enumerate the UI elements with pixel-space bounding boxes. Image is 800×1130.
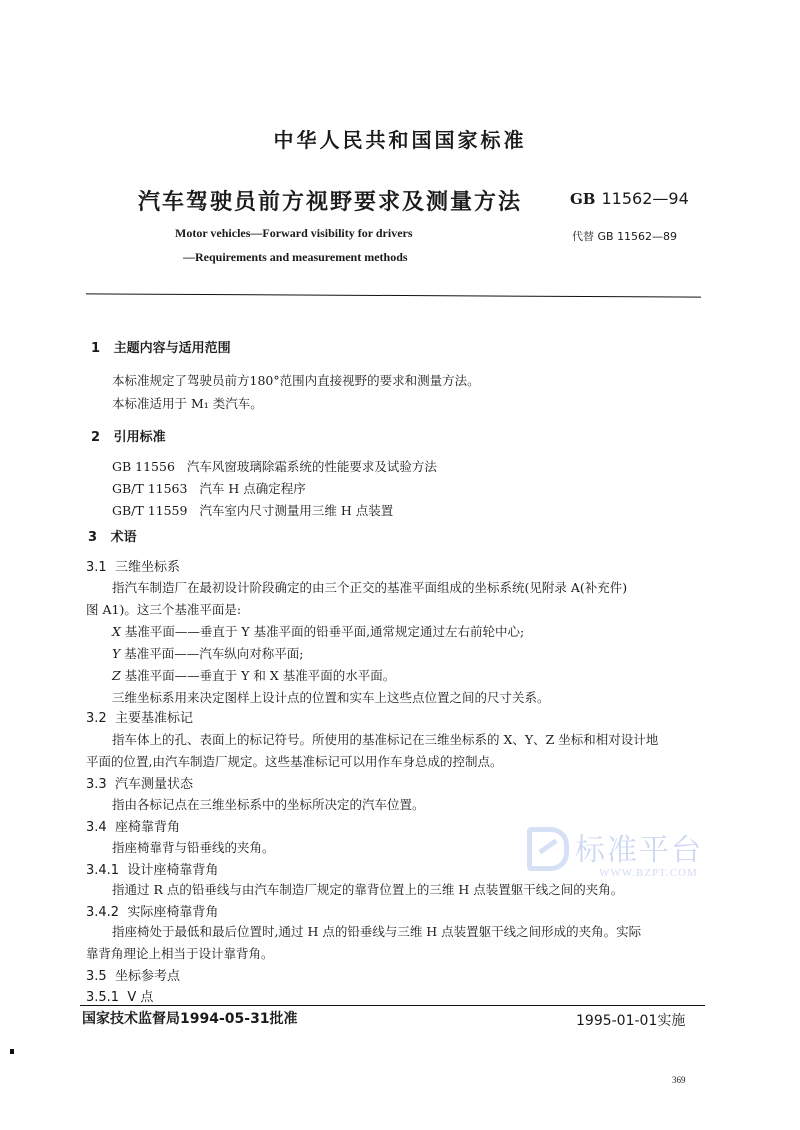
term-3-3-heading: 3.3 汽车测量状态	[86, 773, 193, 792]
term-3-5-1-heading: 3.5.1 V 点	[86, 986, 153, 1005]
term-title: 坐标参考点	[115, 969, 180, 984]
x-plane-definition: X 基准平面——垂直于 Y 基准平面的铅垂平面,通常规定通过左右前轮中心;	[112, 622, 524, 640]
term-3-3-para: 指由各标记点在三维坐标系中的坐标所决定的汽车位置。	[112, 795, 425, 813]
term-3-2-heading: 3.2 主要基准标记	[86, 707, 193, 726]
watermark-logo-icon	[527, 827, 569, 871]
section-3-heading: 3 术语	[88, 526, 137, 545]
document-title-cn: 汽车驾驶员前方视野要求及测量方法	[138, 185, 522, 216]
term-3-5-heading: 3.5 坐标参考点	[86, 965, 180, 984]
approval-date: 国家技术监督局1994-05-31批准	[82, 1008, 298, 1028]
variable-z: Z	[112, 668, 121, 683]
term-3-4-2-para-line-1: 指座椅处于最低和最后位置时,通过 H 点的铅垂线与三维 H 点装置躯干线之间形成…	[112, 922, 641, 940]
document-title-en-line1: Motor vehicles—Forward visibility for dr…	[175, 226, 413, 241]
term-3-4-1-heading: 3.4.1 设计座椅靠背角	[86, 859, 218, 878]
section-1-heading: 1 主题内容与适用范围	[91, 337, 231, 356]
term-title: 实际座椅靠背角	[127, 905, 218, 920]
section-number: 2	[91, 430, 100, 445]
effective-date: 1995-01-01实施	[576, 1010, 685, 1030]
term-number: 3.5.1	[86, 990, 119, 1005]
scan-speck	[10, 1049, 14, 1054]
term-title: V 点	[127, 990, 153, 1005]
section-title: 引用标准	[114, 430, 166, 445]
term-3-4-2-heading: 3.4.2 实际座椅靠背角	[86, 901, 218, 920]
term-number: 3.1	[86, 560, 107, 575]
definition-text: 基准平面——汽车纵向对称平面;	[120, 646, 303, 661]
standard-code: GB11562—94	[570, 189, 689, 208]
term-number: 3.4.2	[86, 905, 119, 920]
reference-code: GB/T 11563	[112, 481, 187, 496]
section-1-line-2: 本标准适用于 M₁ 类汽车。	[112, 394, 263, 412]
term-number: 3.4	[86, 820, 107, 835]
document-title-en-line2: —Requirements and measurement methods	[183, 250, 408, 265]
standard-number: 11562—94	[602, 189, 689, 208]
term-number: 3.4.1	[86, 863, 119, 878]
reference-item: GB/T 11559 汽车室内尺寸测量用三维 H 点装置	[112, 501, 393, 519]
reference-title: 汽车 H 点确定程序	[199, 481, 305, 496]
section-number: 1	[91, 341, 100, 356]
section-2-heading: 2 引用标准	[91, 426, 166, 445]
term-3-1-para-line-1: 指汽车制造厂在最初设计阶段确定的由三个正交的基准平面组成的坐标系统(见附录 A(…	[112, 578, 627, 596]
term-3-4-heading: 3.4 座椅靠背角	[86, 816, 180, 835]
term-3-1-heading: 3.1 三维坐标系	[86, 556, 180, 575]
term-3-4-1-para: 指通过 R 点的铅垂线与由汽车制造厂规定的靠背位置上的三维 H 点装置躯干线之间…	[112, 880, 623, 898]
term-number: 3.3	[86, 777, 107, 792]
reference-code: GB/T 11559	[112, 503, 187, 518]
term-3-4-para: 指座椅靠背与铅垂线的夹角。	[112, 838, 275, 856]
standard-prefix: GB	[570, 190, 596, 208]
reference-title: 汽车室内尺寸测量用三维 H 点装置	[199, 503, 393, 518]
footer-divider	[80, 1005, 705, 1006]
term-3-2-para-line-2: 平面的位置,由汽车制造厂规定。这些基准标记可以用作车身总成的控制点。	[86, 752, 502, 770]
term-3-1-para-2: 三维坐标系用来决定图样上设计点的位置和实车上这些点位置之间的尺寸关系。	[112, 688, 550, 706]
reference-code: GB 11556	[112, 459, 175, 474]
watermark-text: 标准平台	[575, 825, 703, 869]
replaces-standard: 代替 GB 11562—89	[572, 228, 677, 244]
definition-text: 基准平面——垂直于 Y 和 X 基准平面的水平面。	[121, 668, 396, 683]
section-1-line-1: 本标准规定了驾驶员前方180°范围内直接视野的要求和测量方法。	[112, 371, 480, 389]
section-title: 主题内容与适用范围	[114, 341, 231, 356]
term-3-2-para-line-1: 指车体上的孔、表面上的标记符号。所使用的基准标记在三维坐标系的 X、Y、Z 坐标…	[112, 730, 658, 748]
page-number: 369	[672, 1075, 686, 1085]
section-title: 术语	[111, 530, 137, 545]
term-3-1-para-line-2: 图 A1)。这三个基准平面是:	[86, 600, 241, 618]
term-title: 座椅靠背角	[115, 820, 180, 835]
y-plane-definition: Y 基准平面——汽车纵向对称平面;	[112, 644, 303, 662]
variable-x: X	[112, 624, 121, 639]
term-number: 3.5	[86, 969, 107, 984]
reference-item: GB/T 11563 汽车 H 点确定程序	[112, 479, 306, 497]
section-number: 3	[88, 530, 97, 545]
term-title: 三维坐标系	[115, 560, 180, 575]
term-number: 3.2	[86, 711, 107, 726]
reference-title: 汽车风窗玻璃除霜系统的性能要求及试验方法	[187, 459, 437, 474]
z-plane-definition: Z 基准平面——垂直于 Y 和 X 基准平面的水平面。	[112, 666, 395, 684]
term-3-4-2-para-line-2: 靠背角理论上相当于设计靠背角。	[86, 944, 274, 962]
term-title: 设计座椅靠背角	[127, 863, 218, 878]
national-standard-heading: 中华人民共和国国家标准	[0, 124, 800, 153]
term-title: 主要基准标记	[115, 711, 193, 726]
reference-item: GB 11556 汽车风窗玻璃除霜系统的性能要求及试验方法	[112, 457, 437, 475]
watermark: 标准平台 WWW.BZPT.COM	[527, 825, 737, 880]
watermark-url: WWW.BZPT.COM	[599, 867, 698, 879]
term-title: 汽车测量状态	[115, 777, 193, 792]
definition-text: 基准平面——垂直于 Y 基准平面的铅垂平面,通常规定通过左右前轮中心;	[121, 624, 524, 639]
header-divider	[86, 293, 701, 297]
